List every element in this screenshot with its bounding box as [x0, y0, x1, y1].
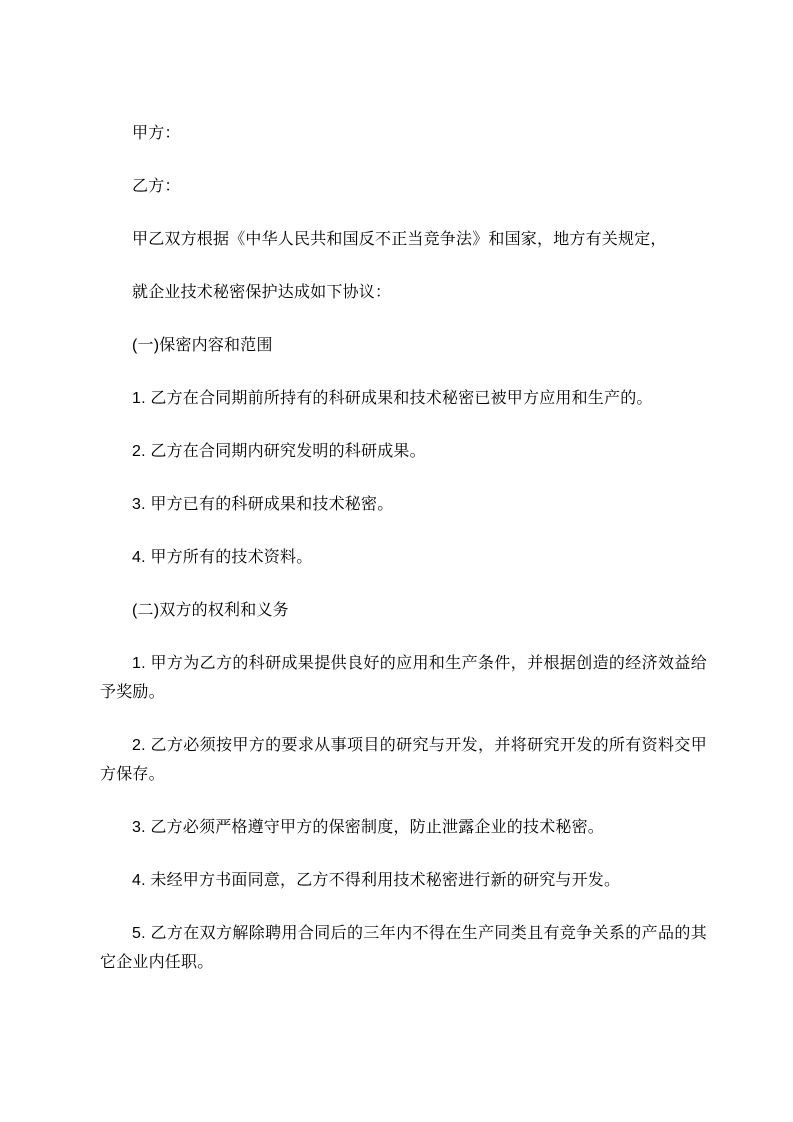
document-page: 甲方： 乙方： 甲乙双方根据《中华人民共和国反不正当竞争法》和国家，地方有关规定…: [0, 0, 793, 1122]
section1-item-2: 2. 乙方在合同期内研究发明的科研成果。: [100, 437, 707, 466]
document-body: 甲方： 乙方： 甲乙双方根据《中华人民共和国反不正当竞争法》和国家，地方有关规定…: [100, 119, 707, 977]
section2-item-1: 1. 甲方为乙方的科研成果提供良好的应用和生产条件，并根据创造的经济效益给予奖励…: [100, 649, 707, 707]
section1-item-4: 4. 甲方所有的技术资料。: [100, 543, 707, 572]
section-heading-1: (一)保密内容和范围: [100, 331, 707, 360]
section1-item-3: 3. 甲方已有的科研成果和技术秘密。: [100, 490, 707, 519]
section1-item-1: 1. 乙方在合同期前所持有的科研成果和技术秘密已被甲方应用和生产的。: [100, 384, 707, 413]
section-heading-2: (二)双方的权利和义务: [100, 596, 707, 625]
section2-item-4: 4. 未经甲方书面同意，乙方不得利用技术秘密进行新的研究与开发。: [100, 866, 707, 895]
paragraph-party-a: 甲方：: [100, 119, 707, 148]
paragraph-party-b: 乙方：: [100, 172, 707, 201]
section2-item-2: 2. 乙方必须按甲方的要求从事项目的研究与开发，并将研究开发的所有资料交甲方保存…: [100, 731, 707, 789]
section2-item-5: 5. 乙方在双方解除聘用合同后的三年内不得在生产同类且有竞争关系的产品的其它企业…: [100, 919, 707, 977]
section2-item-3: 3. 乙方必须严格遵守甲方的保密制度，防止泄露企业的技术秘密。: [100, 813, 707, 842]
paragraph-preamble-line-2: 就企业技术秘密保护达成如下协议：: [100, 278, 707, 307]
paragraph-preamble-line-1: 甲乙双方根据《中华人民共和国反不正当竞争法》和国家，地方有关规定，: [100, 225, 707, 254]
